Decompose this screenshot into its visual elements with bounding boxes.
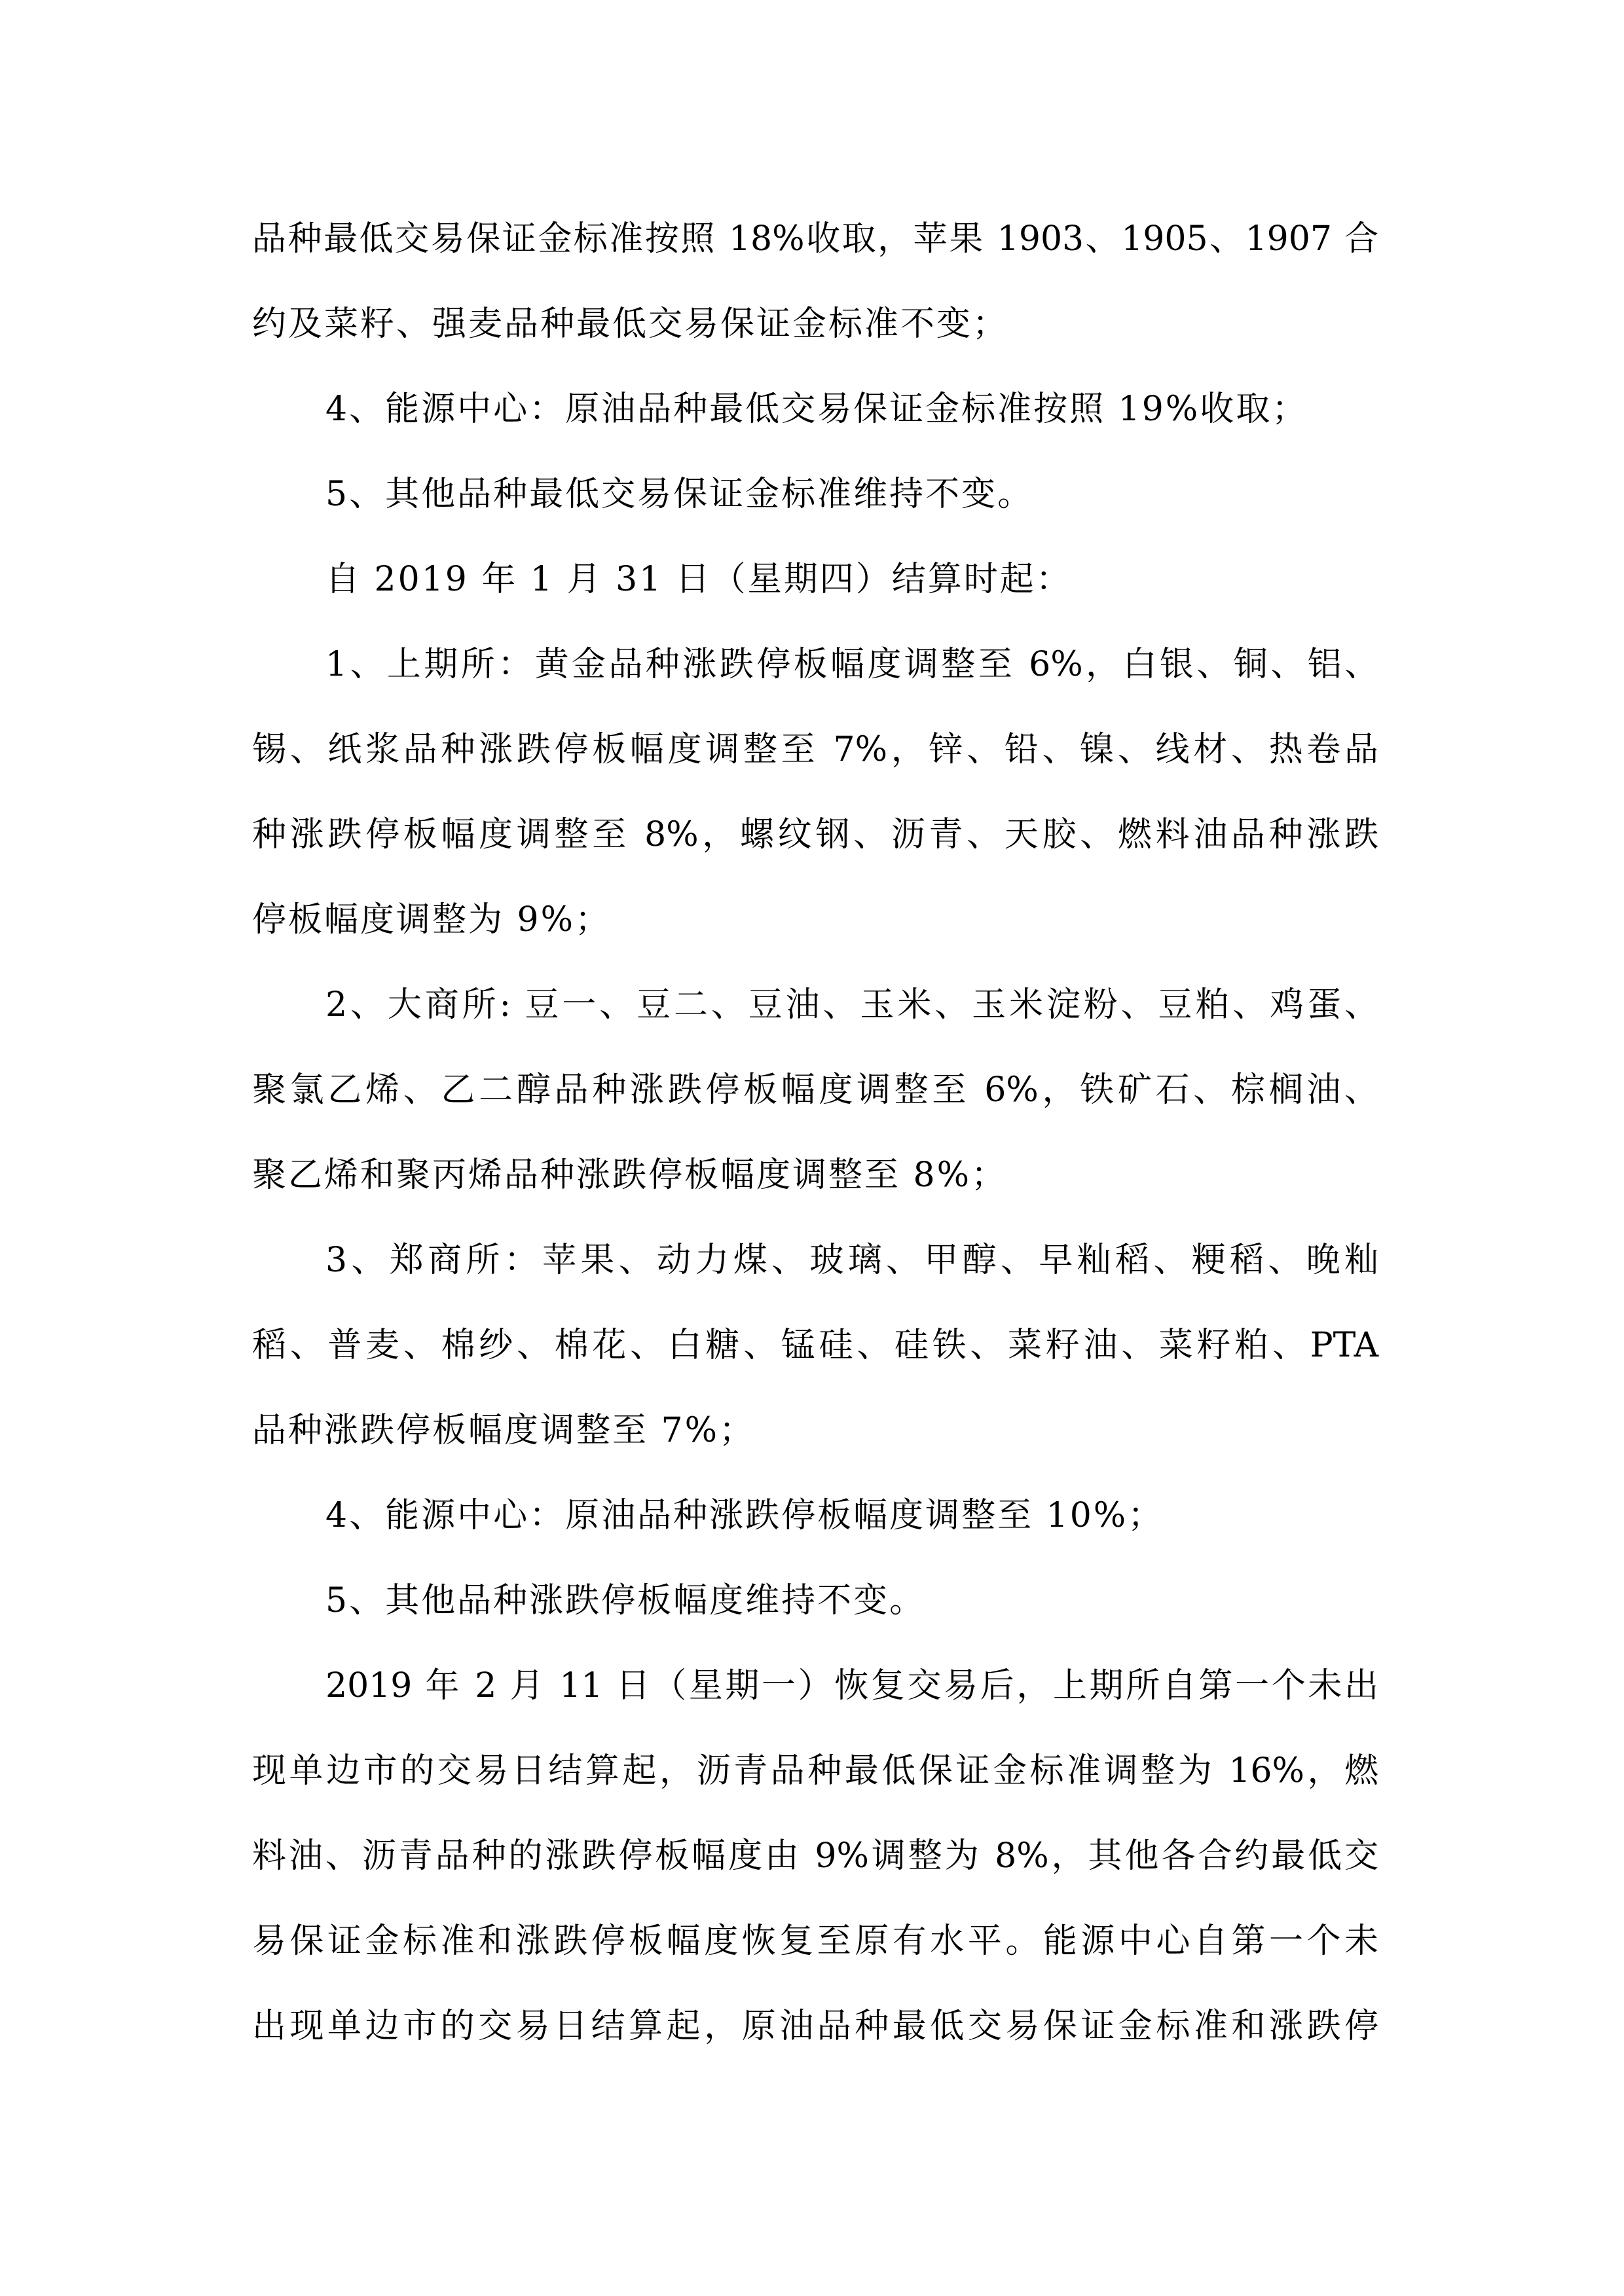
paragraph-continued-zce-margin: 品种最低交易保证金标准按照 18%收取，苹果 1903、1905、1907 合约… <box>252 211 1378 381</box>
document-page: 品种最低交易保证金标准按照 18%收取，苹果 1903、1905、1907 合约… <box>0 0 1624 2296</box>
text-line: 1、上期所：黄金品种涨跌停板幅度调整至 6%，白银、铜、铝、 <box>252 636 1378 721</box>
text-line: 停板幅度调整为 9%； <box>252 892 1378 977</box>
paragraph-dce-limit: 2、大商所: 豆一、豆二、豆油、玉米、玉米淀粉、豆粕、鸡蛋、聚氯乙烯、乙二醇品种… <box>252 977 1378 1232</box>
paragraph-shfe-limit: 1、上期所：黄金品种涨跌停板幅度调整至 6%，白银、铜、铝、锡、纸浆品种涨跌停板… <box>252 636 1378 977</box>
text-line: 现单边市的交易日结算起，沥青品种最低保证金标准调整为 16%，燃 <box>252 1743 1378 1828</box>
paragraph-ine-limit: 4、能源中心：原油品种涨跌停板幅度调整至 10%； <box>252 1487 1378 1573</box>
paragraph-other-limit: 5、其他品种涨跌停板幅度维持不变。 <box>252 1573 1378 1658</box>
paragraph-other-margin: 5、其他品种最低交易保证金标准维持不变。 <box>252 466 1378 551</box>
paragraph-resume-trading: 2019 年 2 月 11 日（星期一）恢复交易后，上期所自第一个未出现单边市的… <box>252 1658 1378 2083</box>
text-line: 4、能源中心：原油品种涨跌停板幅度调整至 10%； <box>252 1487 1378 1573</box>
text-line: 品种最低交易保证金标准按照 18%收取，苹果 1903、1905、1907 合 <box>252 211 1378 296</box>
text-line: 品种涨跌停板幅度调整至 7%； <box>252 1402 1378 1487</box>
text-line: 易保证金标准和涨跌停板幅度恢复至原有水平。能源中心自第一个未 <box>252 1913 1378 1998</box>
text-line: 种涨跌停板幅度调整至 8%，螺纹钢、沥青、天胶、燃料油品种涨跌 <box>252 807 1378 892</box>
text-line: 约及菜籽、强麦品种最低交易保证金标准不变； <box>252 296 1378 381</box>
text-line: 2019 年 2 月 11 日（星期一）恢复交易后，上期所自第一个未出 <box>252 1658 1378 1743</box>
text-line: 锡、纸浆品种涨跌停板幅度调整至 7%，锌、铅、镍、线材、热卷品 <box>252 721 1378 807</box>
text-line: 5、其他品种涨跌停板幅度维持不变。 <box>252 1573 1378 1658</box>
paragraph-ine-margin: 4、能源中心：原油品种最低交易保证金标准按照 19%收取； <box>252 381 1378 466</box>
text-line: 出现单边市的交易日结算起，原油品种最低交易保证金标准和涨跌停 <box>252 1998 1378 2083</box>
paragraph-zce-limit: 3、郑商所：苹果、动力煤、玻璃、甲醇、早籼稻、粳稻、晚籼稻、普麦、棉纱、棉花、白… <box>252 1232 1378 1487</box>
document-body: 品种最低交易保证金标准按照 18%收取，苹果 1903、1905、1907 合约… <box>252 211 1378 2083</box>
paragraph-from-date: 自 2019 年 1 月 31 日（星期四）结算时起： <box>252 551 1378 636</box>
text-line: 料油、沥青品种的涨跌停板幅度由 9%调整为 8%，其他各合约最低交 <box>252 1828 1378 1913</box>
text-line: 聚氯乙烯、乙二醇品种涨跌停板幅度调整至 6%，铁矿石、棕榈油、 <box>252 1062 1378 1147</box>
text-line: 5、其他品种最低交易保证金标准维持不变。 <box>252 466 1378 551</box>
text-line: 4、能源中心：原油品种最低交易保证金标准按照 19%收取； <box>252 381 1378 466</box>
text-line: 聚乙烯和聚丙烯品种涨跌停板幅度调整至 8%； <box>252 1147 1378 1232</box>
text-line: 2、大商所: 豆一、豆二、豆油、玉米、玉米淀粉、豆粕、鸡蛋、 <box>252 977 1378 1062</box>
text-line: 3、郑商所：苹果、动力煤、玻璃、甲醇、早籼稻、粳稻、晚籼 <box>252 1232 1378 1317</box>
text-line: 稻、普麦、棉纱、棉花、白糖、锰硅、硅铁、菜籽油、菜籽粕、PTA <box>252 1317 1378 1402</box>
text-line: 自 2019 年 1 月 31 日（星期四）结算时起： <box>252 551 1378 636</box>
